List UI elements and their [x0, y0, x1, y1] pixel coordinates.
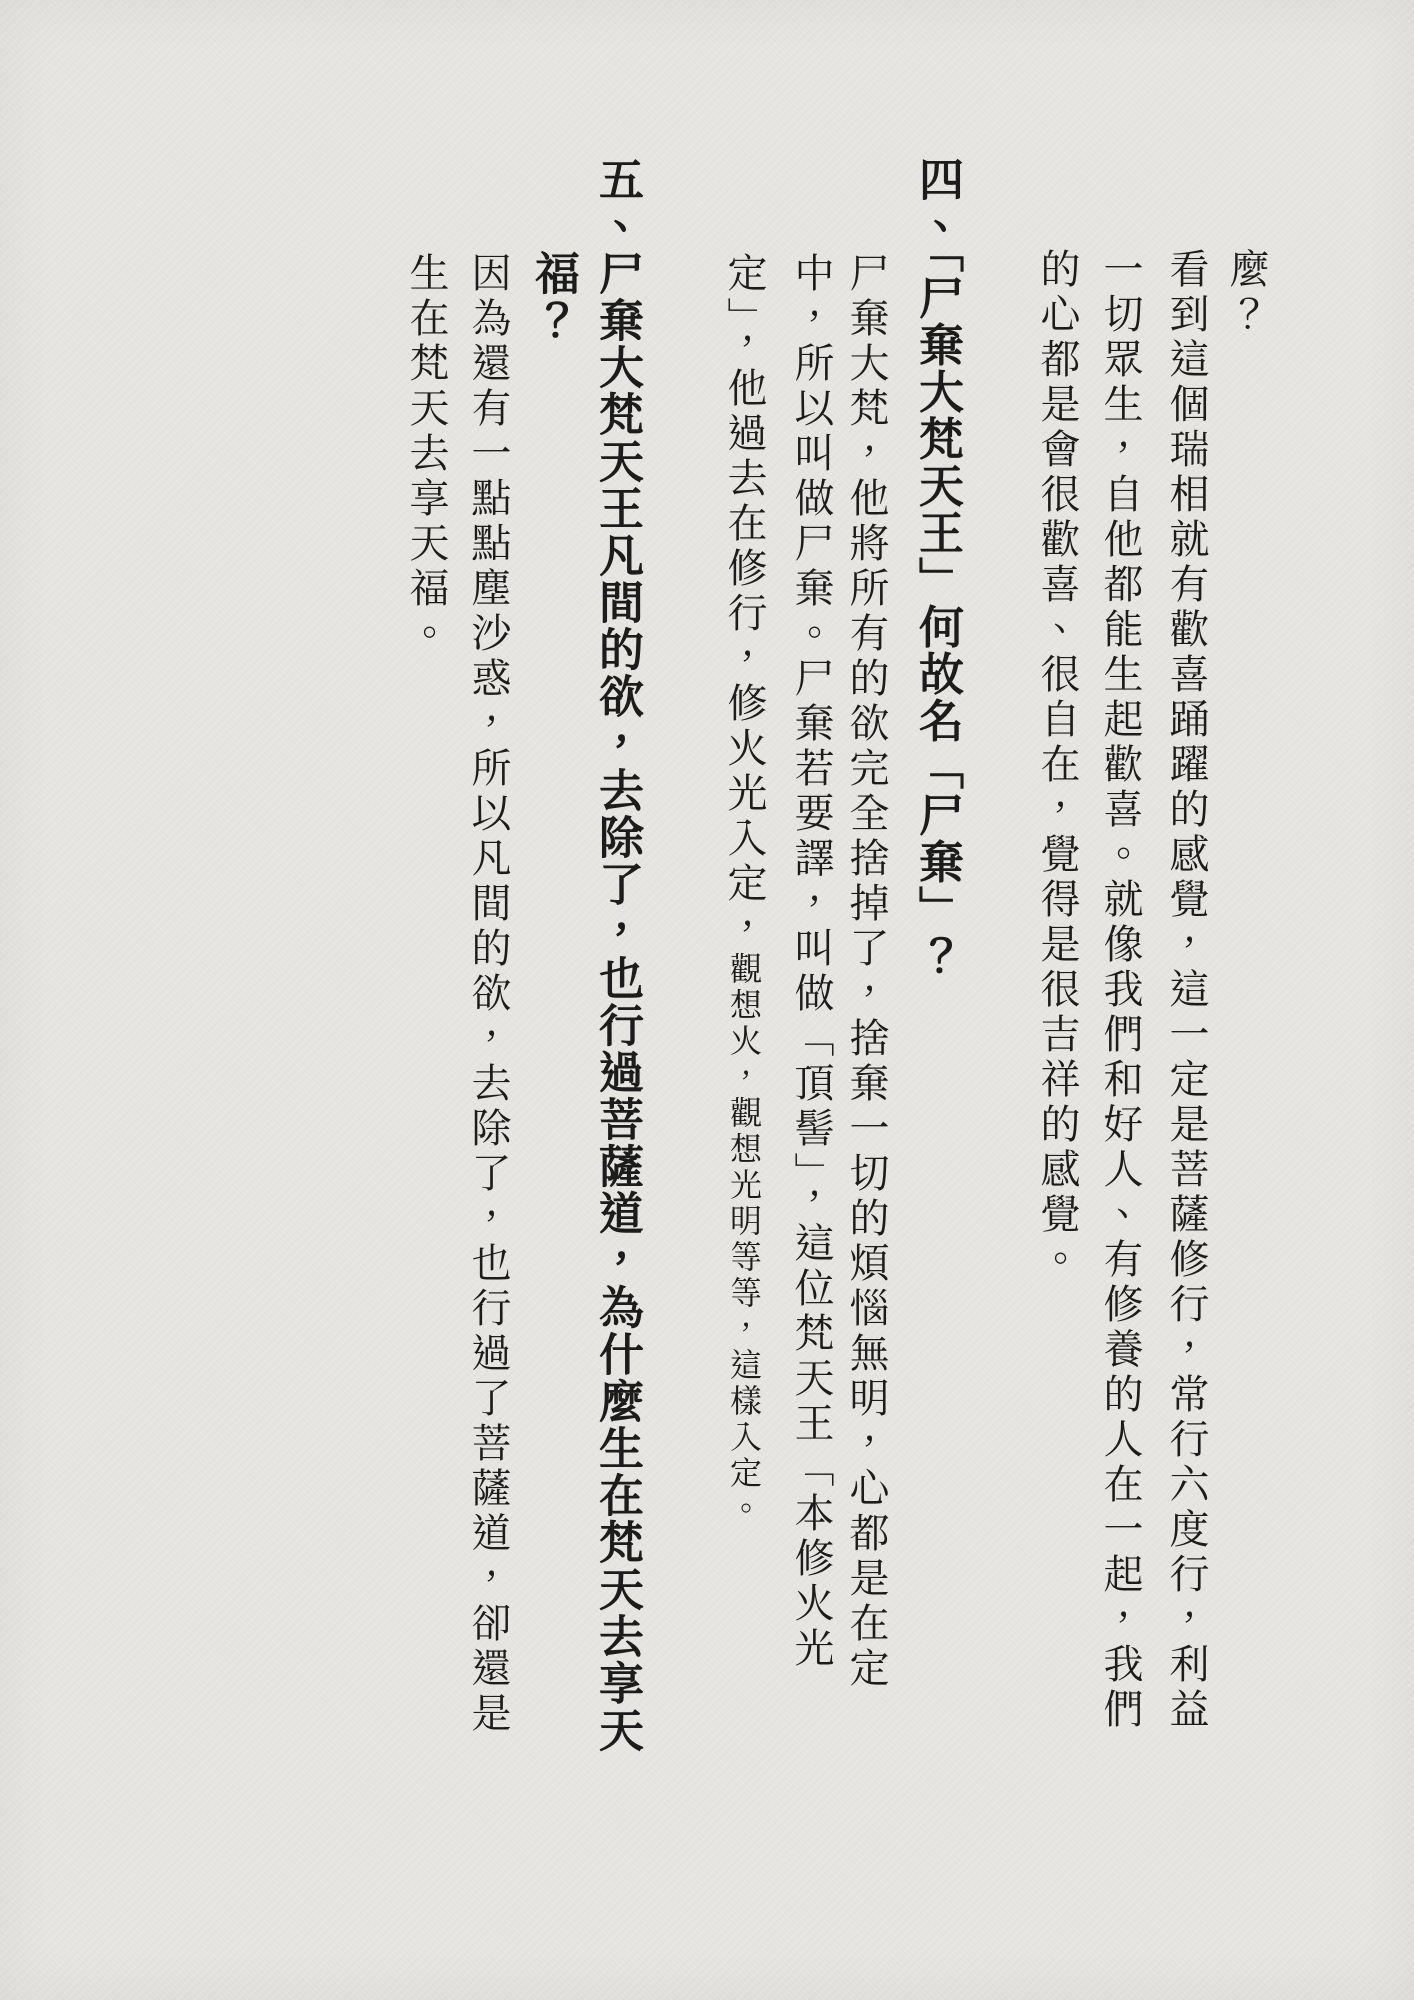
section-5-heading-line-1: 五、尸棄大梵天王凡間的欲，去除了，也行過菩薩道，為什麼生在梵天去享天	[585, 156, 650, 1754]
paragraph-column: 看到這個瑞相就有歡喜踊躍的感覺，這一定是菩薩修行，常行六度行，利益	[1158, 248, 1215, 1733]
section-4-body-column: 中，所以叫做尸棄。尸棄若要譯，叫做「頂髻」，這位梵天王「本修火光	[783, 252, 840, 1672]
section-4-body-small-text: 觀想火，觀想光明等等，這樣入定。	[726, 952, 762, 1528]
section-4-body-column: 定」，他過去在修行，修火光入定，觀想火，觀想光明等等，這樣入定。	[716, 252, 773, 1528]
section-4-heading: 四、「尸棄大梵天王」何故名「尸棄」？	[905, 156, 970, 980]
section-5-body-column: 生在梵天去享天福。	[398, 252, 455, 657]
book-page: 麼？ 看到這個瑞相就有歡喜踊躍的感覺，這一定是菩薩修行，常行六度行，利益 一切眾…	[0, 0, 1414, 2000]
section-5-heading-line-2: 福？	[521, 250, 586, 344]
paragraph-column: 一切眾生，自他都能生起歡喜。就像我們和好人、有修養的人在一起，我們	[1092, 248, 1149, 1733]
section-5-body-column: 因為還有一點點塵沙惑，所以凡間的欲，去除了，也行過了菩薩道，卻還是	[460, 252, 517, 1737]
paragraph-column: 的心都是會很歡喜、很自在，覺得是很吉祥的感覺。	[1029, 248, 1086, 1283]
section-4-body-text: 定」，他過去在修行，修火光入定，	[722, 252, 767, 952]
section-4-body-column: 尸棄大梵，他將所有的欲完全捨掉了，捨棄一切的煩惱無明，心都是在定	[838, 252, 895, 1692]
carryover-text-column: 麼？	[1218, 248, 1275, 338]
